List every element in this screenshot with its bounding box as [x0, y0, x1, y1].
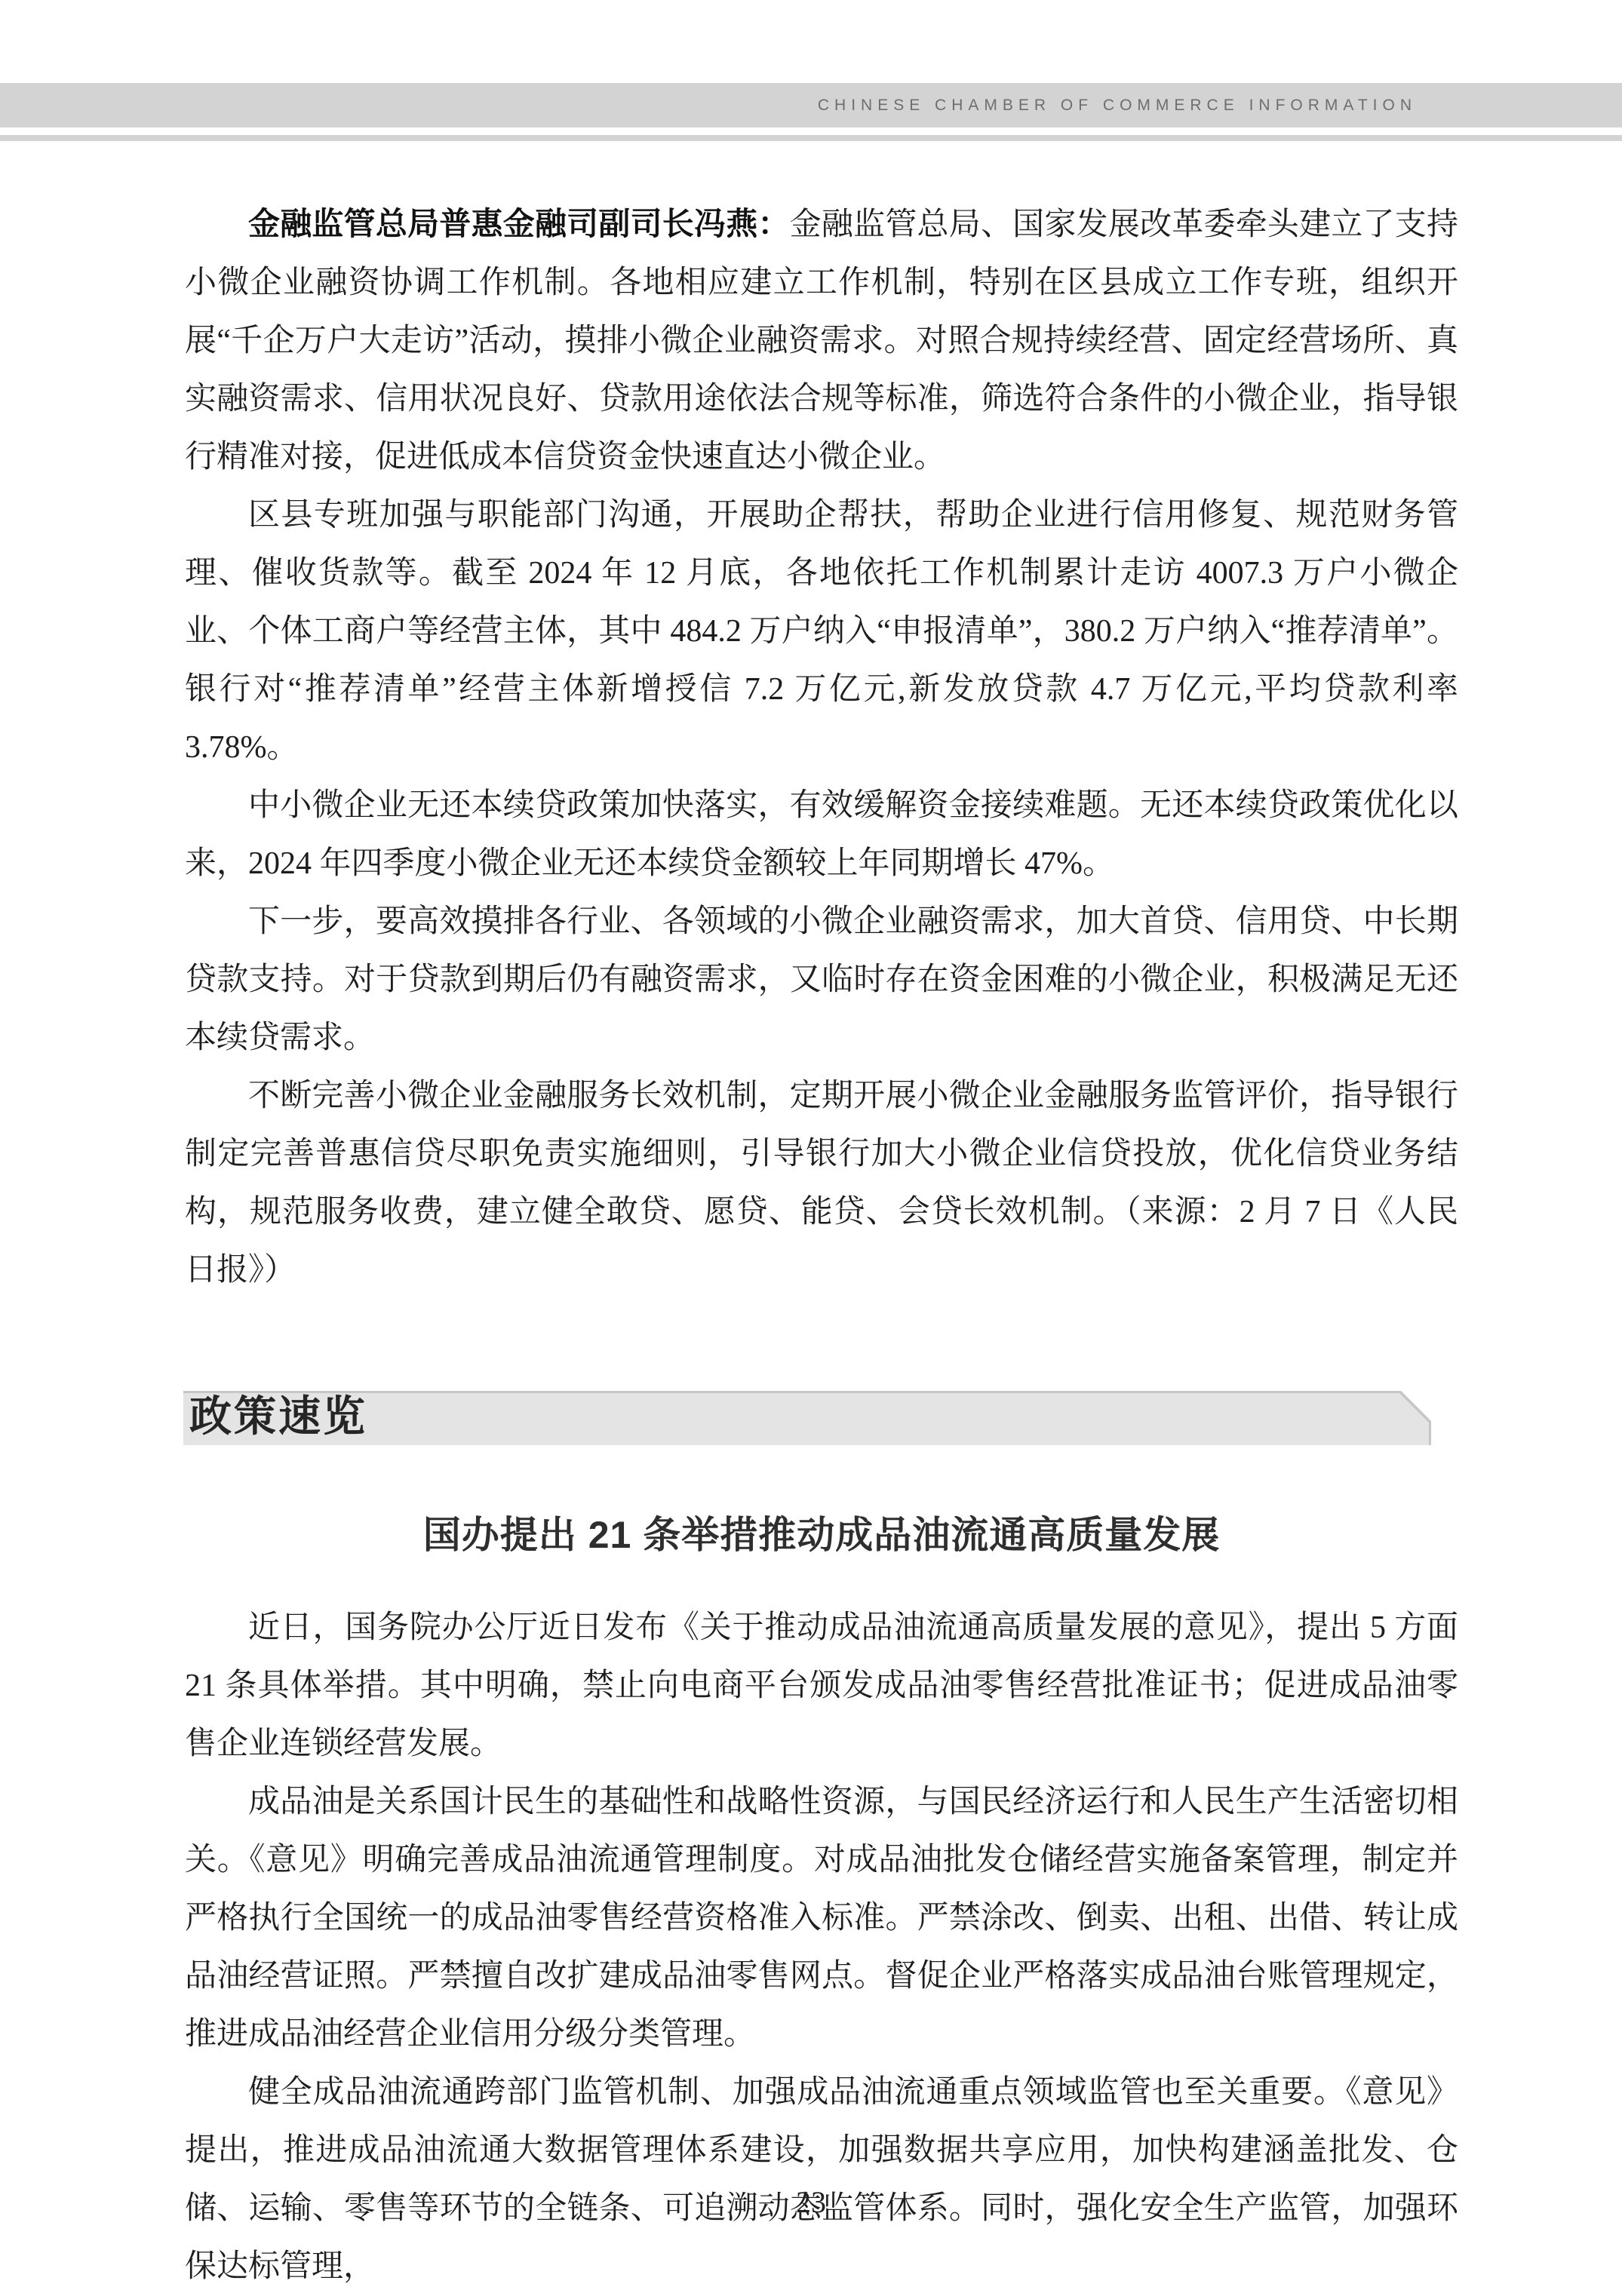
body-paragraph: 不断完善小微企业金融服务长效机制，定期开展小微企业金融服务监管评价，指导银行制定…	[185, 1067, 1458, 1300]
body-paragraph: 健全成品油流通跨部门监管机制、加强成品油流通重点领域监管也至关重要。《意见》提出…	[185, 2064, 1458, 2296]
paragraph-lead-speaker: 金融监管总局普惠金融司副司长冯燕：	[248, 206, 790, 241]
body-paragraph: 区县专班加强与职能部门沟通，开展助企帮扶，帮助企业进行信用修复、规范财务管理、催…	[185, 487, 1458, 777]
section-banner-label: 政策速览	[189, 1391, 367, 1445]
page-content: 金融监管总局普惠金融司副司长冯燕：金融监管总局、国家发展改革委牵头建立了支持小微…	[185, 195, 1458, 2296]
body-paragraph: 金融监管总局普惠金融司副司长冯燕：金融监管总局、国家发展改革委牵头建立了支持小微…	[185, 195, 1458, 487]
paragraph-text: 金融监管总局、国家发展改革委牵头建立了支持小微企业融资协调工作机制。各地相应建立…	[185, 207, 1458, 474]
body-paragraph: 下一步，要高效摸排各行业、各领域的小微企业融资需求，加大首贷、信用贷、中长期贷款…	[185, 893, 1458, 1067]
header-band: CHINESE CHAMBER OF COMMERCE INFORMATION	[0, 83, 1622, 127]
article-title: 国办提出 21 条举措推动成品油流通高质量发展	[185, 1509, 1458, 1561]
body-paragraph: 成品油是关系国计民生的基础性和战略性资源，与国民经济运行和人民生产生活密切相关。…	[185, 1773, 1458, 2064]
body-paragraph: 中小微企业无还本续贷政策加快落实，有效缓解资金接续难题。无还本续贷政策优化以来，…	[185, 777, 1458, 893]
section-banner: 政策速览	[183, 1391, 1431, 1445]
body-paragraph: 近日，国务院办公厅近日发布《关于推动成品油流通高质量发展的意见》，提出 5 方面…	[185, 1599, 1458, 1773]
header-band-thin	[0, 135, 1622, 141]
section-banner-face	[183, 1393, 1429, 1445]
header-band-text: CHINESE CHAMBER OF COMMERCE INFORMATION	[0, 83, 1622, 127]
page-number: 23	[0, 2184, 1622, 2219]
